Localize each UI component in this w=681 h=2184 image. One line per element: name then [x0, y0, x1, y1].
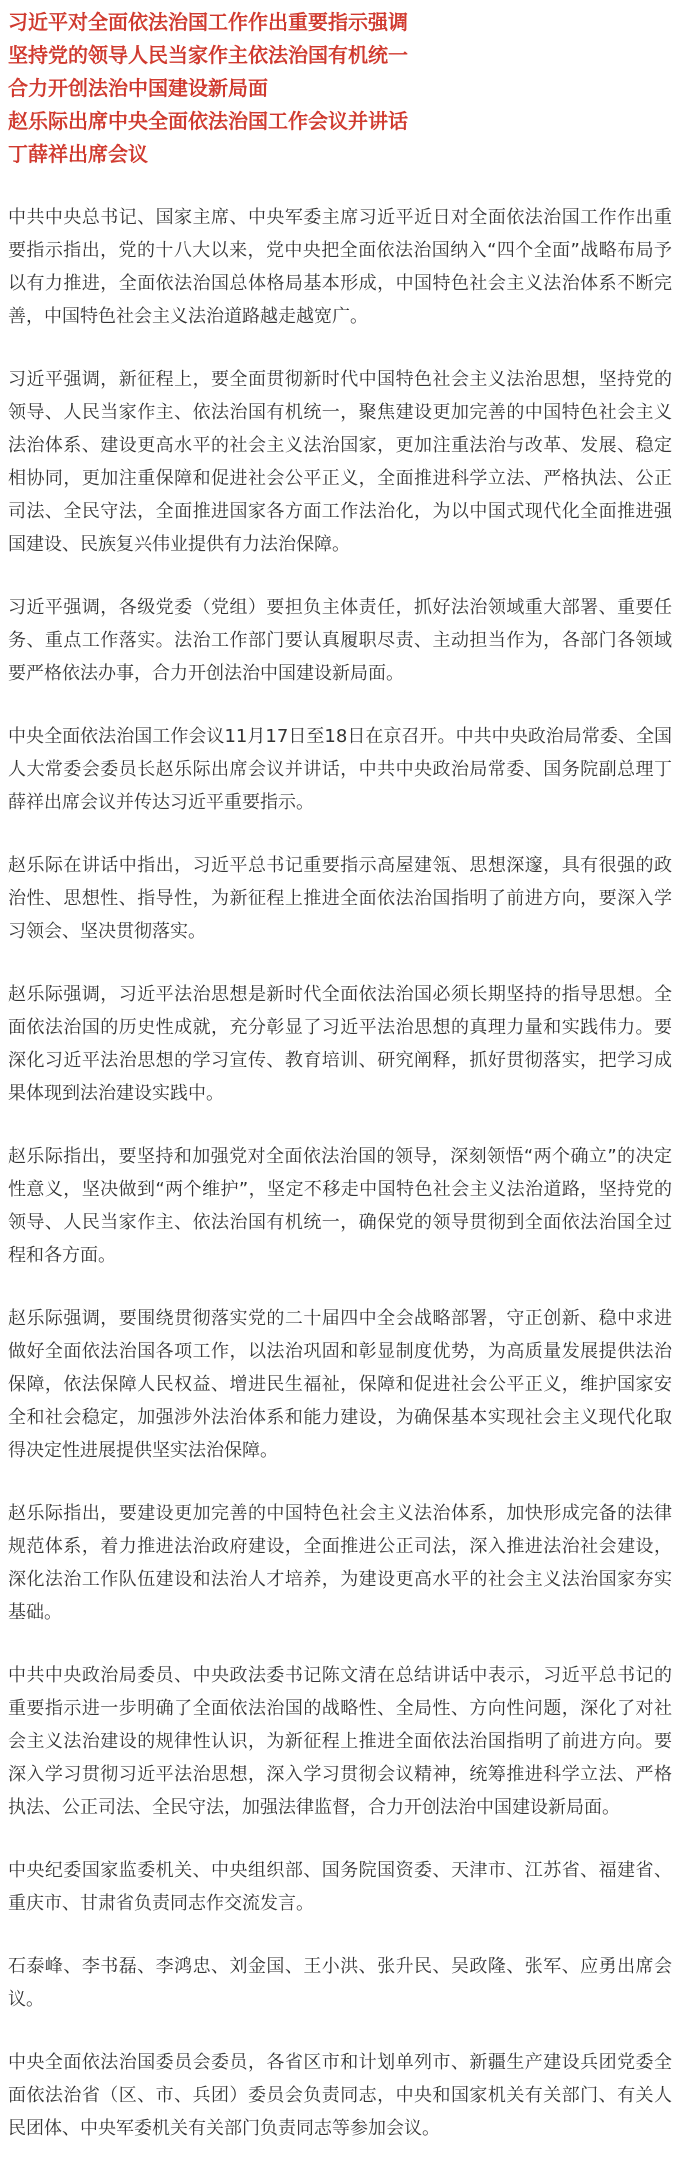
headline-line: 赵乐际出席中央全面依法治国工作会议并讲话	[8, 105, 672, 138]
article-paragraph: 赵乐际强调，要围绕贯彻落实党的二十届四中全会战略部署，守正创新、稳中求进做好全面…	[8, 1302, 672, 1467]
article-paragraph: 中央全面依法治国工作会议11月17日至18日在京召开。中共中央政治局常委、全国人…	[8, 720, 672, 819]
article-paragraph: 石泰峰、李书磊、李鸿忠、刘金国、王小洪、张升民、吴政隆、张军、应勇出席会议。	[8, 1950, 672, 2016]
article-paragraph: 赵乐际指出，要建设更加完善的中国特色社会主义法治体系，加快形成完备的法律规范体系…	[8, 1497, 672, 1629]
article-paragraph: 赵乐际在讲话中指出，习近平总书记重要指示高屋建瓴、思想深邃，具有很强的政治性、思…	[8, 849, 672, 948]
article-paragraph: 中央全面依法治国委员会委员，各省区市和计划单列市、新疆生产建设兵团党委全面依法治…	[8, 2046, 672, 2145]
article-body: 中共中央总书记、国家主席、中央军委主席习近平近日对全面依法治国工作作出重要指示指…	[8, 201, 672, 2145]
article-paragraph: 习近平强调，新征程上，要全面贯彻新时代中国特色社会主义法治思想，坚持党的领导、人…	[8, 363, 672, 561]
article-paragraph: 中共中央总书记、国家主席、中央军委主席习近平近日对全面依法治国工作作出重要指示指…	[8, 201, 672, 333]
headline-line: 习近平对全面依法治国工作作出重要指示强调	[8, 6, 672, 39]
article-paragraph: 中央纪委国家监委机关、中央组织部、国务院国资委、天津市、江苏省、福建省、重庆市、…	[8, 1854, 672, 1920]
headline-line: 丁薛祥出席会议	[8, 138, 672, 171]
article-paragraph: 习近平强调，各级党委（党组）要担负主体责任，抓好法治领域重大部署、重要任务、重点…	[8, 591, 672, 690]
headline-line: 合力开创法治中国建设新局面	[8, 72, 672, 105]
article-paragraph: 赵乐际指出，要坚持和加强党对全面依法治国的领导，深刻领悟“两个确立”的决定性意义…	[8, 1140, 672, 1272]
news-article: 习近平对全面依法治国工作作出重要指示强调 坚持党的领导人民当家作主依法治国有机统…	[0, 0, 681, 2161]
headline-line: 坚持党的领导人民当家作主依法治国有机统一	[8, 39, 672, 72]
article-paragraph: 赵乐际强调，习近平法治思想是新时代全面依法治国必须长期坚持的指导思想。全面依法治…	[8, 978, 672, 1110]
article-paragraph: 中共中央政治局委员、中央政法委书记陈文清在总结讲话中表示，习近平总书记的重要指示…	[8, 1659, 672, 1824]
article-headline: 习近平对全面依法治国工作作出重要指示强调 坚持党的领导人民当家作主依法治国有机统…	[8, 6, 672, 171]
